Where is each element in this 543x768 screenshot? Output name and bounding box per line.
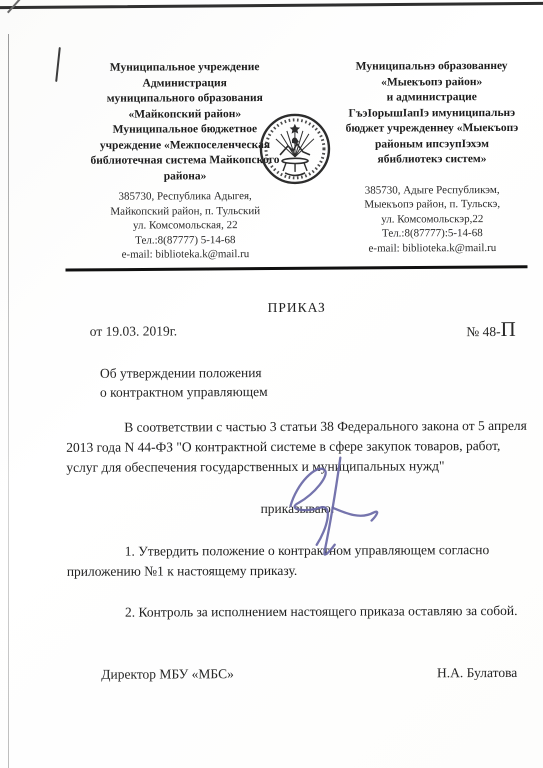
org-name-ad-line: бюджет учрежденнеу «Мыекъопэ	[332, 121, 532, 137]
org-name-ad-line: районым ипсэупIэхэм	[332, 136, 532, 152]
scanned-order-page: Муниципальное учреждение Администрация м…	[0, 0, 543, 768]
org-address-ru-line: ул. Комсомольская, 22	[59, 218, 311, 234]
org-address-ru-line: Майкопский район, п. Тульский	[59, 203, 311, 219]
order-subject-line: о контрактном управляющем	[100, 381, 528, 402]
org-name-ad-line: «Мыекъопэ район»	[332, 74, 532, 90]
org-name-ru-line: Муниципальное учреждение	[59, 60, 311, 77]
order-title: ПРИКАЗ	[66, 299, 528, 317]
order-preamble: В соответствии с частью 3 статьи 38 Феде…	[66, 416, 528, 478]
org-address-russian: 385730, Республика Адыгея, Майкопский ра…	[59, 189, 311, 263]
org-address-ad-line: 385730, Адыге Республикэм,	[332, 182, 532, 197]
order-body: ПРИКАЗ от 19.03. 2019г. № 48-П Об утверж…	[66, 299, 530, 683]
org-name-ru-line: муниципального образования	[59, 91, 311, 108]
org-name-ru-line: Администрация	[59, 75, 311, 92]
org-address-ad-line: ул. Комсомольскэр,22	[332, 212, 532, 227]
coat-of-arms-icon	[256, 109, 334, 189]
order-number: № 48-П	[466, 322, 516, 340]
order-subject-line: Об утверждении положения	[100, 362, 528, 383]
org-address-ad-line: e-mail: biblioteka.k@mail.ru	[332, 241, 532, 256]
org-address-ad-line: Мыекъопэ район, п. Тульскэ,	[332, 197, 532, 212]
decree-word: приказываю:	[67, 500, 529, 518]
date-number-row: от 19.03. 2019г. № 48-П	[66, 322, 528, 342]
order-subject: Об утверждении положения о контрактном у…	[100, 362, 528, 402]
page-content: Муниципальное учреждение Администрация м…	[0, 0, 543, 768]
order-date: от 19.03. 2019г.	[90, 323, 177, 339]
order-number-prefix: № 48-	[466, 324, 500, 339]
order-number-handwritten: П	[501, 317, 516, 341]
order-item-1: 1. Утвердить положение о контрактном упр…	[67, 540, 529, 582]
signature-row: Директор МБУ «МБС» Н.А. Булатова	[67, 665, 529, 683]
letterhead-right-column: Муниципальнэ образованнеу «Мыекъопэ райо…	[332, 59, 533, 262]
org-address-ad-line: Тел.:8(87777):5-14-68	[332, 226, 532, 241]
org-name-ad-line: ГъэIорышIапIэ имуниципальнэ	[332, 105, 532, 121]
org-name-ad-line: и администрацие	[332, 90, 532, 106]
org-address-adyghe: 385730, Адыге Республикэм, Мыекъопэ райо…	[332, 182, 532, 256]
org-address-ru-line: 385730, Республика Адыгея,	[59, 189, 311, 205]
org-name-adyghe: Муниципальнэ образованнеу «Мыекъопэ райо…	[332, 59, 532, 168]
org-address-ru-line: e-mail: biblioteka.k@mail.ru	[59, 247, 311, 263]
org-name-ad-line: ябиблиотекэ систем»	[332, 152, 532, 168]
org-name-ad-line: Муниципальнэ образованнеу	[332, 59, 532, 75]
order-item-2: 2. Контроль за исполнением настоящего пр…	[67, 601, 529, 623]
org-address-ru-line: Тел.:8(87777) 5-14-68	[59, 233, 311, 249]
header-divider-rule	[65, 265, 527, 271]
signatory-position: Директор МБУ «МБС»	[101, 666, 234, 683]
signatory-name: Н.А. Булатова	[437, 665, 517, 681]
